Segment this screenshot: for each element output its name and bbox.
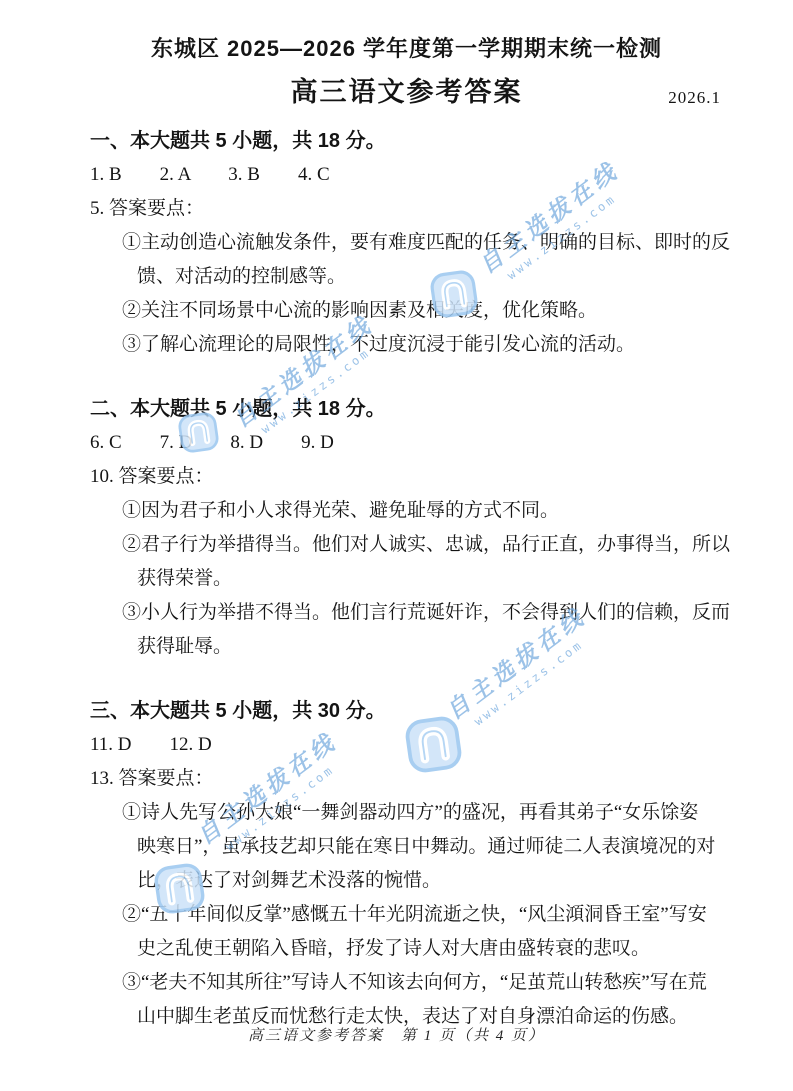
answer-line: ①诗人先写公孙大娘“一舞剑器动四方”的盛况，再看其弟子“女乐馀姿: [90, 796, 723, 830]
subject-title: 高三语文参考答案: [90, 72, 723, 112]
page-footer: 高三语文参考答案 第 1 页（共 4 页）: [0, 1024, 793, 1045]
section-3-heading: 三、本大题共 5 小题，共 30 分。: [90, 694, 723, 728]
answer-line: 获得荣誉。: [90, 562, 723, 596]
answer-line: 13. 答案要点：: [90, 762, 723, 796]
section-2: 二、本大题共 5 小题，共 18 分。 6. C 7. D 8. D 9. D …: [90, 392, 723, 664]
answer-line: 获得耻辱。: [90, 630, 723, 664]
section-3: 三、本大题共 5 小题，共 30 分。 11. D 12. D 13. 答案要点…: [90, 694, 723, 1034]
answer-line: ③小人行为举措不得当。他们言行荒诞奸诈，不会得到人们的信赖，反而: [90, 596, 723, 630]
section-1-heading: 一、本大题共 5 小题，共 18 分。: [90, 124, 723, 158]
choice-answers-row: 1. B 2. A 3. B 4. C: [90, 158, 723, 192]
answer-line: ②君子行为举措得当。他们对人诚实、忠诚，品行正直，办事得当，所以: [90, 528, 723, 562]
answer-line: ②“五十年间似反掌”感慨五十年光阴流逝之快，“风尘澒洞昏王室”写安: [90, 898, 723, 932]
answer-line: 映寒日”，虽承技艺却只能在寒日中舞动。通过师徒二人表演境况的对: [90, 830, 723, 864]
answer-line: ②关注不同场景中心流的影响因素及相关度，优化策略。: [90, 294, 723, 328]
answer-line: ③了解心流理论的局限性，不过度沉浸于能引发心流的活动。: [90, 328, 723, 362]
section-2-heading: 二、本大题共 5 小题，共 18 分。: [90, 392, 723, 426]
answer-line: 史之乱使王朝陷入昏暗，抒发了诗人对大唐由盛转衰的悲叹。: [90, 932, 723, 966]
answer-line: 5. 答案要点：: [90, 192, 723, 226]
answer-line: 比，表达了对剑舞艺术没落的惋惜。: [90, 864, 723, 898]
answers-content: 一、本大题共 5 小题，共 18 分。 1. B 2. A 3. B 4. C …: [90, 124, 723, 1034]
answer-line: ①主动创造心流触发条件，要有难度匹配的任务、明确的目标、即时的反: [90, 226, 723, 260]
subject-title-row: 高三语文参考答案 2026.1: [90, 72, 723, 112]
answer-line: ①因为君子和小人求得光荣、避免耻辱的方式不同。: [90, 494, 723, 528]
choice-answers-row: 6. C 7. D 8. D 9. D: [90, 426, 723, 460]
choice-answers-row: 11. D 12. D: [90, 728, 723, 762]
answer-line: 馈、对活动的控制感等。: [90, 260, 723, 294]
exam-title: 东城区 2025—2026 学年度第一学期期末统一检测: [90, 34, 723, 64]
answer-line: 10. 答案要点：: [90, 460, 723, 494]
section-1: 一、本大题共 5 小题，共 18 分。 1. B 2. A 3. B 4. C …: [90, 124, 723, 362]
exam-date: 2026.1: [668, 88, 721, 108]
answer-sheet-page: 东城区 2025—2026 学年度第一学期期末统一检测 高三语文参考答案 202…: [0, 0, 793, 1034]
answer-line: ③“老夫不知其所往”写诗人不知该去向何方，“足茧荒山转愁疾”写在荒: [90, 966, 723, 1000]
